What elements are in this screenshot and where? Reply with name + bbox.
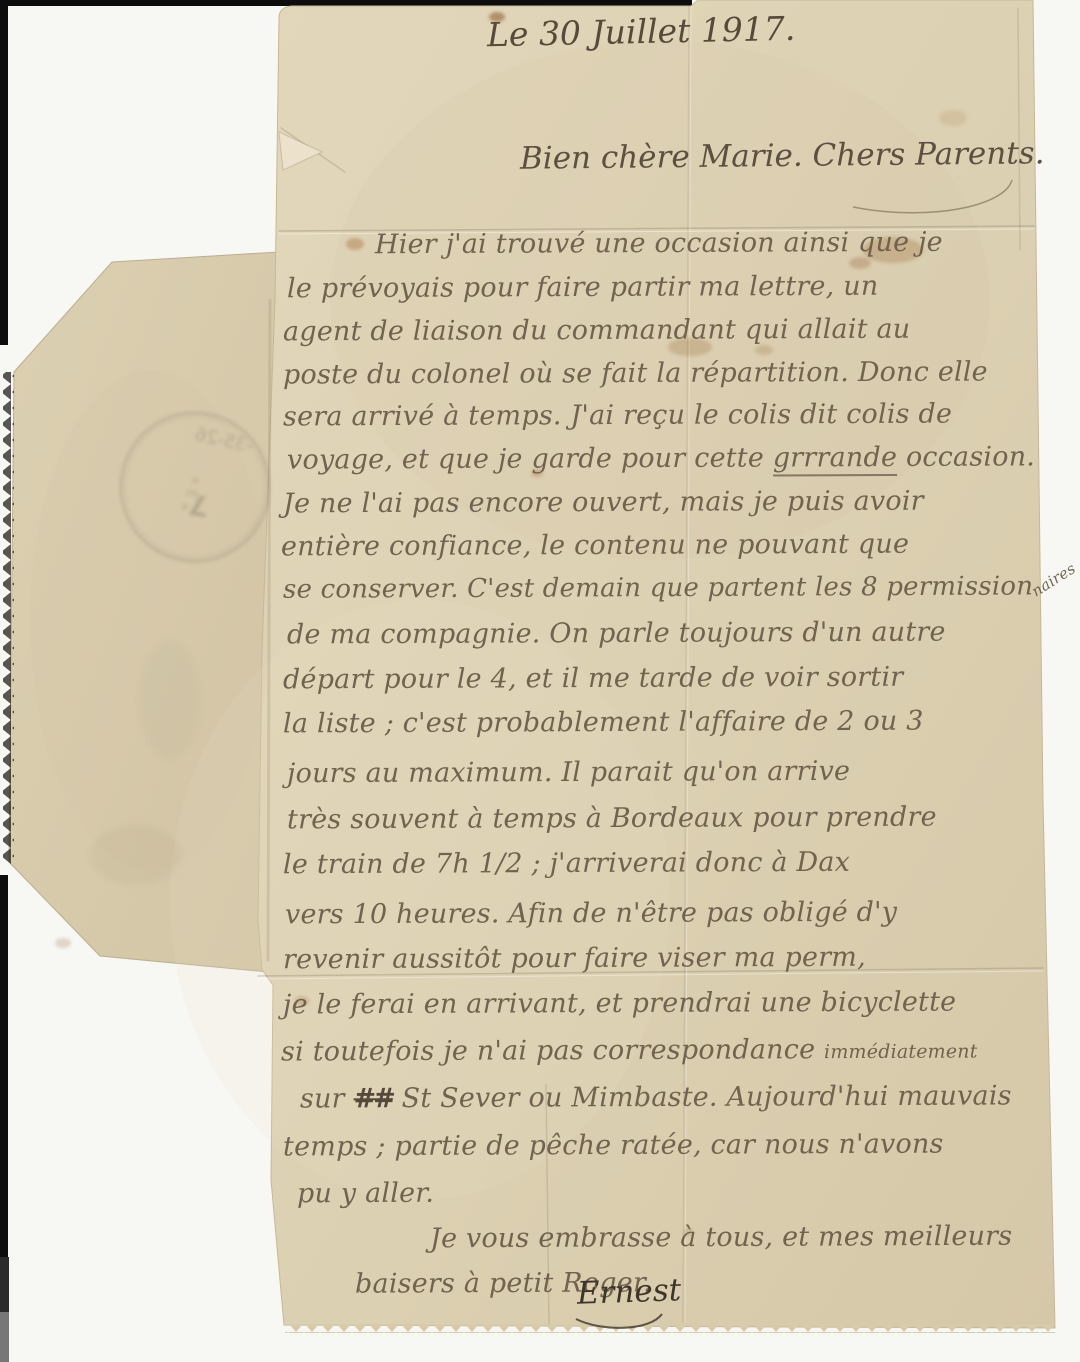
body-line-11: départ pour le 4, et il me tarde de voir… [283, 662, 903, 696]
body-line-7: Je ne l'ai pas encore ouvert, mais je pu… [283, 486, 924, 520]
body-line-8: entière confiance, le contenu ne pouvant… [281, 529, 909, 563]
body-line-4: poste du colonel où se fait la répartiti… [283, 356, 988, 390]
underlined-word: grrrande [773, 442, 898, 477]
body-line-18: je le ferai en arrivant, et prendrai une… [283, 987, 956, 1021]
signature: Ernest [576, 1272, 681, 1312]
body-line-10: de ma compagnie. On parle toujours d'un … [287, 617, 946, 651]
body-line-22: pu y aller. [297, 1178, 434, 1210]
body-line-1: Hier j'ai trouvé une occasion ainsi que … [375, 227, 943, 260]
date-line: Le 30 Juillet 1917. [487, 9, 796, 54]
body-line-15: le train de 7h 1/2 ; j'arriverai donc à … [283, 847, 850, 880]
body-line-12: la liste ; c'est probablement l'affaire … [283, 706, 924, 740]
body-line-21: temps ; partie de pêche ratée, car nous … [283, 1129, 944, 1163]
body-line-23: Je vous embrasse à tous, et mes meilleur… [430, 1221, 1012, 1255]
scratched-out-word: ## [353, 1083, 392, 1114]
body-line-5: sera arrivé à temps. J'ai reçu le colis … [283, 399, 952, 433]
scanned-letter-page: -35-26 * 3 * 7 Le 30 Juillet 1917. Bien … [0, 0, 1080, 1362]
body-line-20: sur ## St Sever ou Mimbaste. Aujourd'hui… [300, 1080, 1012, 1114]
body-line-3: agent de liaison du commandant qui allai… [283, 314, 910, 348]
body-line-6: voyage, et que je garde pour cette grrra… [287, 441, 1035, 475]
body-line-2: le prévoyais pour faire partir ma lettre… [287, 271, 879, 305]
body-line-19: si toutefois je n'ai pas correspondance … [281, 1033, 978, 1067]
body-line-13: jours au maximum. Il parait qu'on arrive [287, 756, 850, 789]
salutation: Bien chère Marie. Chers Parents. [520, 135, 1045, 176]
body-line-17: revenir aussitôt pour faire viser ma per… [283, 942, 866, 976]
body-line-9: se conserver. C'est demain que partent l… [283, 571, 1080, 604]
cramped-word: naires [1028, 559, 1079, 600]
handwriting-layer: Le 30 Juillet 1917. Bien chère Marie. Ch… [0, 0, 1080, 1362]
body-line-16: vers 10 heures. Afin de n'être pas oblig… [285, 897, 897, 931]
cramped-word: immédiatement [824, 1040, 978, 1063]
body-line-14: très souvent à temps à Bordeaux pour pre… [287, 802, 937, 836]
